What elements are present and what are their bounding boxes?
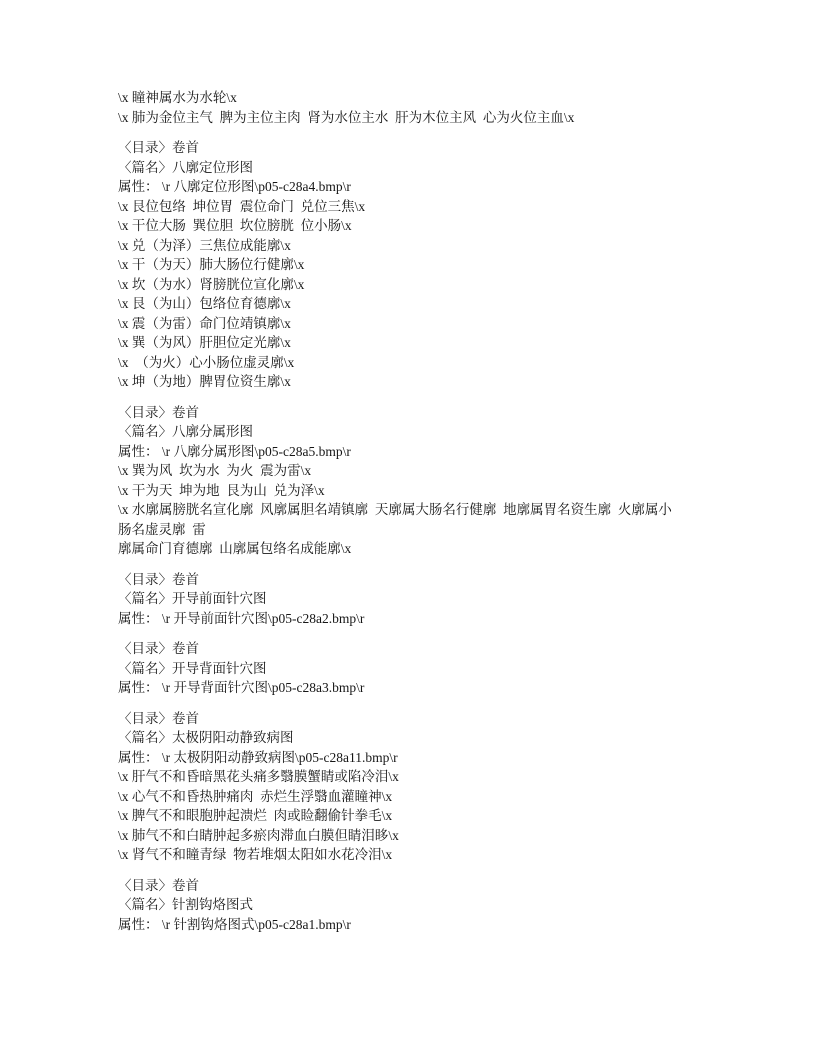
text-line: \x 脾气不和眼胞肿起溃烂 肉或睑翻偷针拳毛\x	[118, 806, 768, 826]
text-block-section-kaidao-qianmian: 〈目录〉卷首〈篇名〉开导前面针穴图属性： \r 开导前面针穴图\p05-c28a…	[118, 570, 768, 629]
text-block-section-bakuo-fenshu: 〈目录〉卷首〈篇名〉八廓分属形图属性： \r 八廓分属形图\p05-c28a5.…	[118, 403, 768, 559]
text-line: 〈目录〉卷首	[118, 876, 768, 896]
text-line: \x 干为天 坤为地 艮为山 兑为泽\x	[118, 481, 768, 501]
text-content: \x 瞳神属水为水轮\x\x 肺为金位主气 脾为主位主肉 肾为水位主水 肝为木位…	[118, 88, 768, 945]
text-line: 属性： \r 八廓定位形图\p05-c28a4.bmp\r	[118, 177, 768, 197]
text-line: 属性： \r 开导背面针穴图\p05-c28a3.bmp\r	[118, 678, 768, 698]
text-line: \x 干（为天）肺大肠位行健廓\x	[118, 255, 768, 275]
text-block-section-zhenge-gouluo: 〈目录〉卷首〈篇名〉针割钩烙图式属性： \r 针割钩烙图式\p05-c28a1.…	[118, 876, 768, 935]
text-line: \x 瞳神属水为水轮\x	[118, 88, 768, 108]
text-line: 〈篇名〉针割钩烙图式	[118, 895, 768, 915]
text-line: \x （为火）心小肠位虚灵廓\x	[118, 353, 768, 373]
text-line: 〈目录〉卷首	[118, 639, 768, 659]
text-line: 〈篇名〉开导背面针穴图	[118, 659, 768, 679]
text-block-section-taiji-yinyang: 〈目录〉卷首〈篇名〉太极阴阳动静致病图属性： \r 太极阴阳动静致病图\p05-…	[118, 709, 768, 865]
text-line: \x 肺气不和白睛肿起多瘀肉滞血白膜但睛泪眵\x	[118, 826, 768, 846]
text-line: \x 坎（为水）肾膀胱位宣化廓\x	[118, 275, 768, 295]
text-line: 肠名虚灵廓 雷	[118, 520, 768, 540]
text-line: \x 震（为雷）命门位靖镇廓\x	[118, 314, 768, 334]
text-line: \x 艮位包络 坤位胃 震位命门 兑位三焦\x	[118, 197, 768, 217]
text-line: 〈目录〉卷首	[118, 570, 768, 590]
text-line: 〈篇名〉八廓分属形图	[118, 422, 768, 442]
text-line: 〈篇名〉八廓定位形图	[118, 158, 768, 178]
text-line: \x 兑（为泽）三焦位成能廓\x	[118, 236, 768, 256]
text-block-intro-verse: \x 瞳神属水为水轮\x\x 肺为金位主气 脾为主位主肉 肾为水位主水 肝为木位…	[118, 88, 768, 127]
text-line: \x 艮（为山）包络位育德廓\x	[118, 294, 768, 314]
document-page: \x 瞳神属水为水轮\x\x 肺为金位主气 脾为主位主肉 肾为水位主水 肝为木位…	[0, 0, 816, 1056]
text-line: \x 肺为金位主气 脾为主位主肉 肾为水位主水 肝为木位主风 心为火位主血\x	[118, 108, 768, 128]
text-block-section-bakuo-dingwei: 〈目录〉卷首〈篇名〉八廓定位形图属性： \r 八廓定位形图\p05-c28a4.…	[118, 138, 768, 392]
text-line: 〈目录〉卷首	[118, 403, 768, 423]
text-line: 属性： \r 八廓分属形图\p05-c28a5.bmp\r	[118, 442, 768, 462]
text-line: 〈目录〉卷首	[118, 709, 768, 729]
text-block-section-kaidao-beimian: 〈目录〉卷首〈篇名〉开导背面针穴图属性： \r 开导背面针穴图\p05-c28a…	[118, 639, 768, 698]
text-line: \x 坤（为地）脾胃位资生廓\x	[118, 372, 768, 392]
text-line: 〈篇名〉太极阴阳动静致病图	[118, 728, 768, 748]
text-line: \x 肾气不和瞳青绿 物若堆烟太阳如水花冷泪\x	[118, 845, 768, 865]
text-line: 属性： \r 针割钩烙图式\p05-c28a1.bmp\r	[118, 915, 768, 935]
text-line: \x 肝气不和昏暗黑花头痛多翳膜蟹睛或陷冷泪\x	[118, 767, 768, 787]
text-line: \x 巽（为风）肝胆位定光廓\x	[118, 333, 768, 353]
text-line: 〈目录〉卷首	[118, 138, 768, 158]
text-line: \x 水廓属膀胱名宣化廓 风廓属胆名靖镇廓 天廓属大肠名行健廓 地廓属胃名资生廓…	[118, 500, 768, 520]
text-line: 属性： \r 开导前面针穴图\p05-c28a2.bmp\r	[118, 609, 768, 629]
text-line: \x 心气不和昏热肿痛肉 赤烂生浮翳血灌瞳神\x	[118, 787, 768, 807]
text-line: 廓属命门育德廓 山廓属包络名成能廓\x	[118, 539, 768, 559]
text-line: \x 干位大肠 巽位胆 坎位膀胱 位小肠\x	[118, 216, 768, 236]
text-line: \x 巽为风 坎为水 为火 震为雷\x	[118, 461, 768, 481]
text-line: 〈篇名〉开导前面针穴图	[118, 589, 768, 609]
text-line: 属性： \r 太极阴阳动静致病图\p05-c28a11.bmp\r	[118, 748, 768, 768]
